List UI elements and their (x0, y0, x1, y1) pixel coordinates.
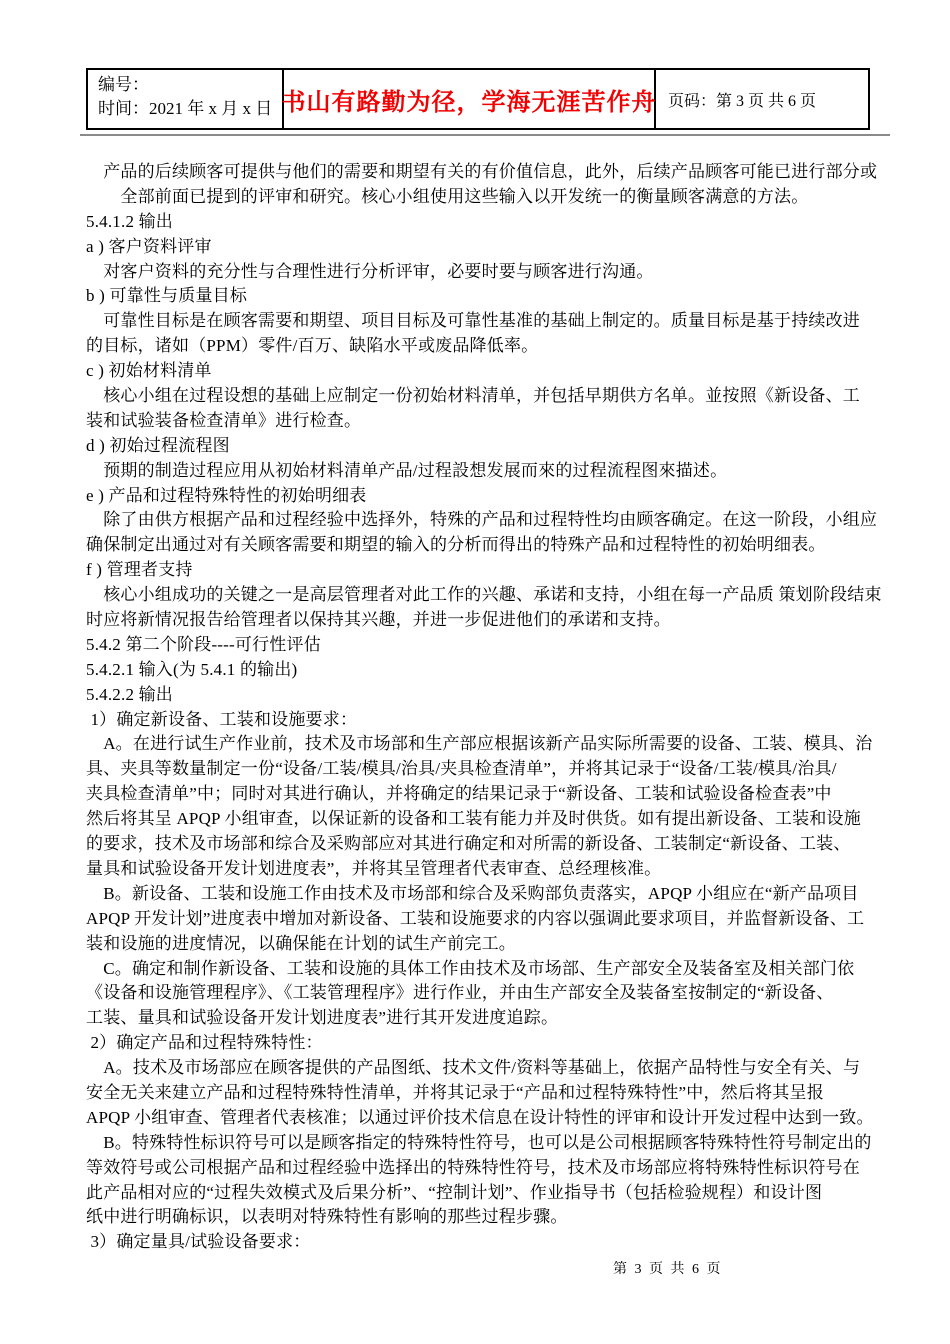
text-line: 预期的制造过程应用从初始材料清单产品/过程設想发展而來的过程流程图來描述。 (86, 459, 886, 484)
document-body: 产品的后续顾客可提供与他们的需要和期望有关的有价值信息，此外，后续产品顾客可能已… (86, 160, 886, 1255)
text-line: 2）确定产品和过程特殊特性： (86, 1031, 886, 1056)
doc-date-label: 时间：2021 年 x 月 x 日 (98, 97, 282, 121)
text-line: 5.4.2.2 输出 (86, 683, 886, 708)
text-line: A。在进行试生产作业前，技术及市场部和生产部应根据该新产品实际所需要的设备、工装… (86, 732, 886, 757)
text-line: f ) 管理者支持 (86, 558, 886, 583)
text-line: 产品的后续顾客可提供与他们的需要和期望有关的有价值信息，此外，后续产品顾客可能已… (86, 160, 886, 185)
page-number-label: 页码：第 3 页 共 6 页 (668, 88, 816, 111)
text-line: 装和试验装备检查清单》进行检查。 (86, 409, 886, 434)
doc-number-label: 编号： (98, 73, 282, 97)
text-line: 然后将其呈 APQP 小组审查，以保证新的设备和工装有能力并及时供货。如有提出新… (86, 807, 886, 832)
text-line: B。新设备、工装和设施工作由技术及市场部和综合及采购部负责落实，APQP 小组应… (86, 882, 886, 907)
text-line: APQP 小组审查、管理者代表核准；以通过评价技术信息在设计特性的评审和设计开发… (86, 1106, 886, 1131)
text-line: 量具和试验设备开发计划进度表”，并将其呈管理者代表审查、总经理核准。 (86, 857, 886, 882)
text-line: 纸中进行明确标识，以表明对特殊特性有影响的那些过程步骤。 (86, 1205, 886, 1230)
footer-page-number: 第 3 页 共 6 页 (613, 1258, 723, 1278)
text-line: 5.4.2.1 输入(为 5.4.1 的输出) (86, 658, 886, 683)
header-left-cell: 编号： 时间：2021 年 x 月 x 日 (88, 70, 284, 128)
text-line: d ) 初始过程流程图 (86, 434, 886, 459)
text-line: 对客户资料的充分性与合理性进行分析评审，必要时要与顾客进行沟通。 (86, 260, 886, 285)
text-line: APQP 开发计划”进度表中增加对新设备、工装和设施要求的内容以强调此要求项目，… (86, 907, 886, 932)
text-line: 夹具检查清单”中；同时对其进行确认，并将确定的结果记录于“新设备、工装和试验设备… (86, 782, 886, 807)
text-line: 具、夹具等数量制定一份“设备/工装/模具/治具/夹具检查清单”，并将其记录于“设… (86, 757, 886, 782)
text-line: 核心小组在过程设想的基础上应制定一份初始材料清单，并包括早期供方名单。並按照《新… (86, 384, 886, 409)
text-line: a ) 客户资料评审 (86, 235, 886, 260)
text-line: 全部前面已提到的评审和研究。核心小组使用这些输入以开发统一的衡量顾客满意的方法。 (86, 185, 886, 210)
header-divider-line (80, 134, 890, 136)
header-motto-cell: 书山有路勤为径，学海无涯苦作舟 (284, 70, 656, 128)
text-line: 的目标，诸如（PPM）零件/百万、缺陷水平或废品降低率。 (86, 334, 886, 359)
text-line: 《设备和设施管理程序》、《工装管理程序》进行作业，并由生产部安全及装备室按制定的… (86, 981, 886, 1006)
document-page: 编号： 时间：2021 年 x 月 x 日 书山有路勤为径，学海无涯苦作舟 页码… (0, 0, 950, 1344)
text-line: e ) 产品和过程特殊特性的初始明细表 (86, 484, 886, 509)
text-line: c ) 初始材料清单 (86, 359, 886, 384)
text-line: 确保制定出通过对有关顾客需要和期望的输入的分析而得出的特殊产品和过程特性的初始明… (86, 533, 886, 558)
text-line: 5.4.2 第二个阶段----可行性评估 (86, 633, 886, 658)
text-line: b ) 可靠性与质量目标 (86, 284, 886, 309)
text-line: 3）确定量具/试验设备要求： (86, 1230, 886, 1255)
text-line: A。技术及市场部应在顾客提供的产品图纸、技术文件/资料等基础上，依据产品特性与安… (86, 1056, 886, 1081)
text-line: C。确定和制作新设备、工装和设施的具体工作由技术及市场部、生产部安全及装备室及相… (86, 957, 886, 982)
text-line: 此产品相对应的“过程失效模式及后果分析”、“控制计划”、作业指导书（包括检验规程… (86, 1181, 886, 1206)
header-table: 编号： 时间：2021 年 x 月 x 日 书山有路勤为径，学海无涯苦作舟 页码… (86, 68, 870, 130)
text-line: 的要求，技术及市场部和综合及采购部应对其进行确定和对所需的新设备、工装制定“新设… (86, 832, 886, 857)
text-line: 时应将新情况报告给管理者以保持其兴趣，并进一步促进他们的承诺和支持。 (86, 608, 886, 633)
motto-text: 书山有路勤为径，学海无涯苦作舟 (282, 82, 657, 117)
text-line: 5.4.1.2 输出 (86, 210, 886, 235)
text-line: 核心小组成功的关键之一是高层管理者对此工作的兴趣、承诺和支持，小组在每一产品质 … (86, 583, 886, 608)
header-page-cell: 页码：第 3 页 共 6 页 (656, 70, 868, 128)
text-line: 装和设施的进度情况，以确保能在计划的试生产前完工。 (86, 932, 886, 957)
text-line: 除了由供方根据产品和过程经验中选择外，特殊的产品和过程特性均由顾客确定。在这一阶… (86, 508, 886, 533)
text-line: B。特殊特性标识符号可以是顾客指定的特殊特性符号，也可以是公司根据顾客特殊特性符… (86, 1131, 886, 1156)
text-line: 1）确定新设备、工装和设施要求： (86, 708, 886, 733)
text-line: 可靠性目标是在顾客需要和期望、项目目标及可靠性基准的基础上制定的。质量目标是基于… (86, 309, 886, 334)
text-line: 等效符号或公司根据产品和过程经验中选择出的特殊特性符号，技术及市场部应将特殊特性… (86, 1156, 886, 1181)
text-line: 工装、量具和试验设备开发计划进度表”进行其开发进度追踪。 (86, 1006, 886, 1031)
text-line: 安全无关来建立产品和过程特殊特性清单，并将其记录于“产品和过程特殊特性”中，然后… (86, 1081, 886, 1106)
